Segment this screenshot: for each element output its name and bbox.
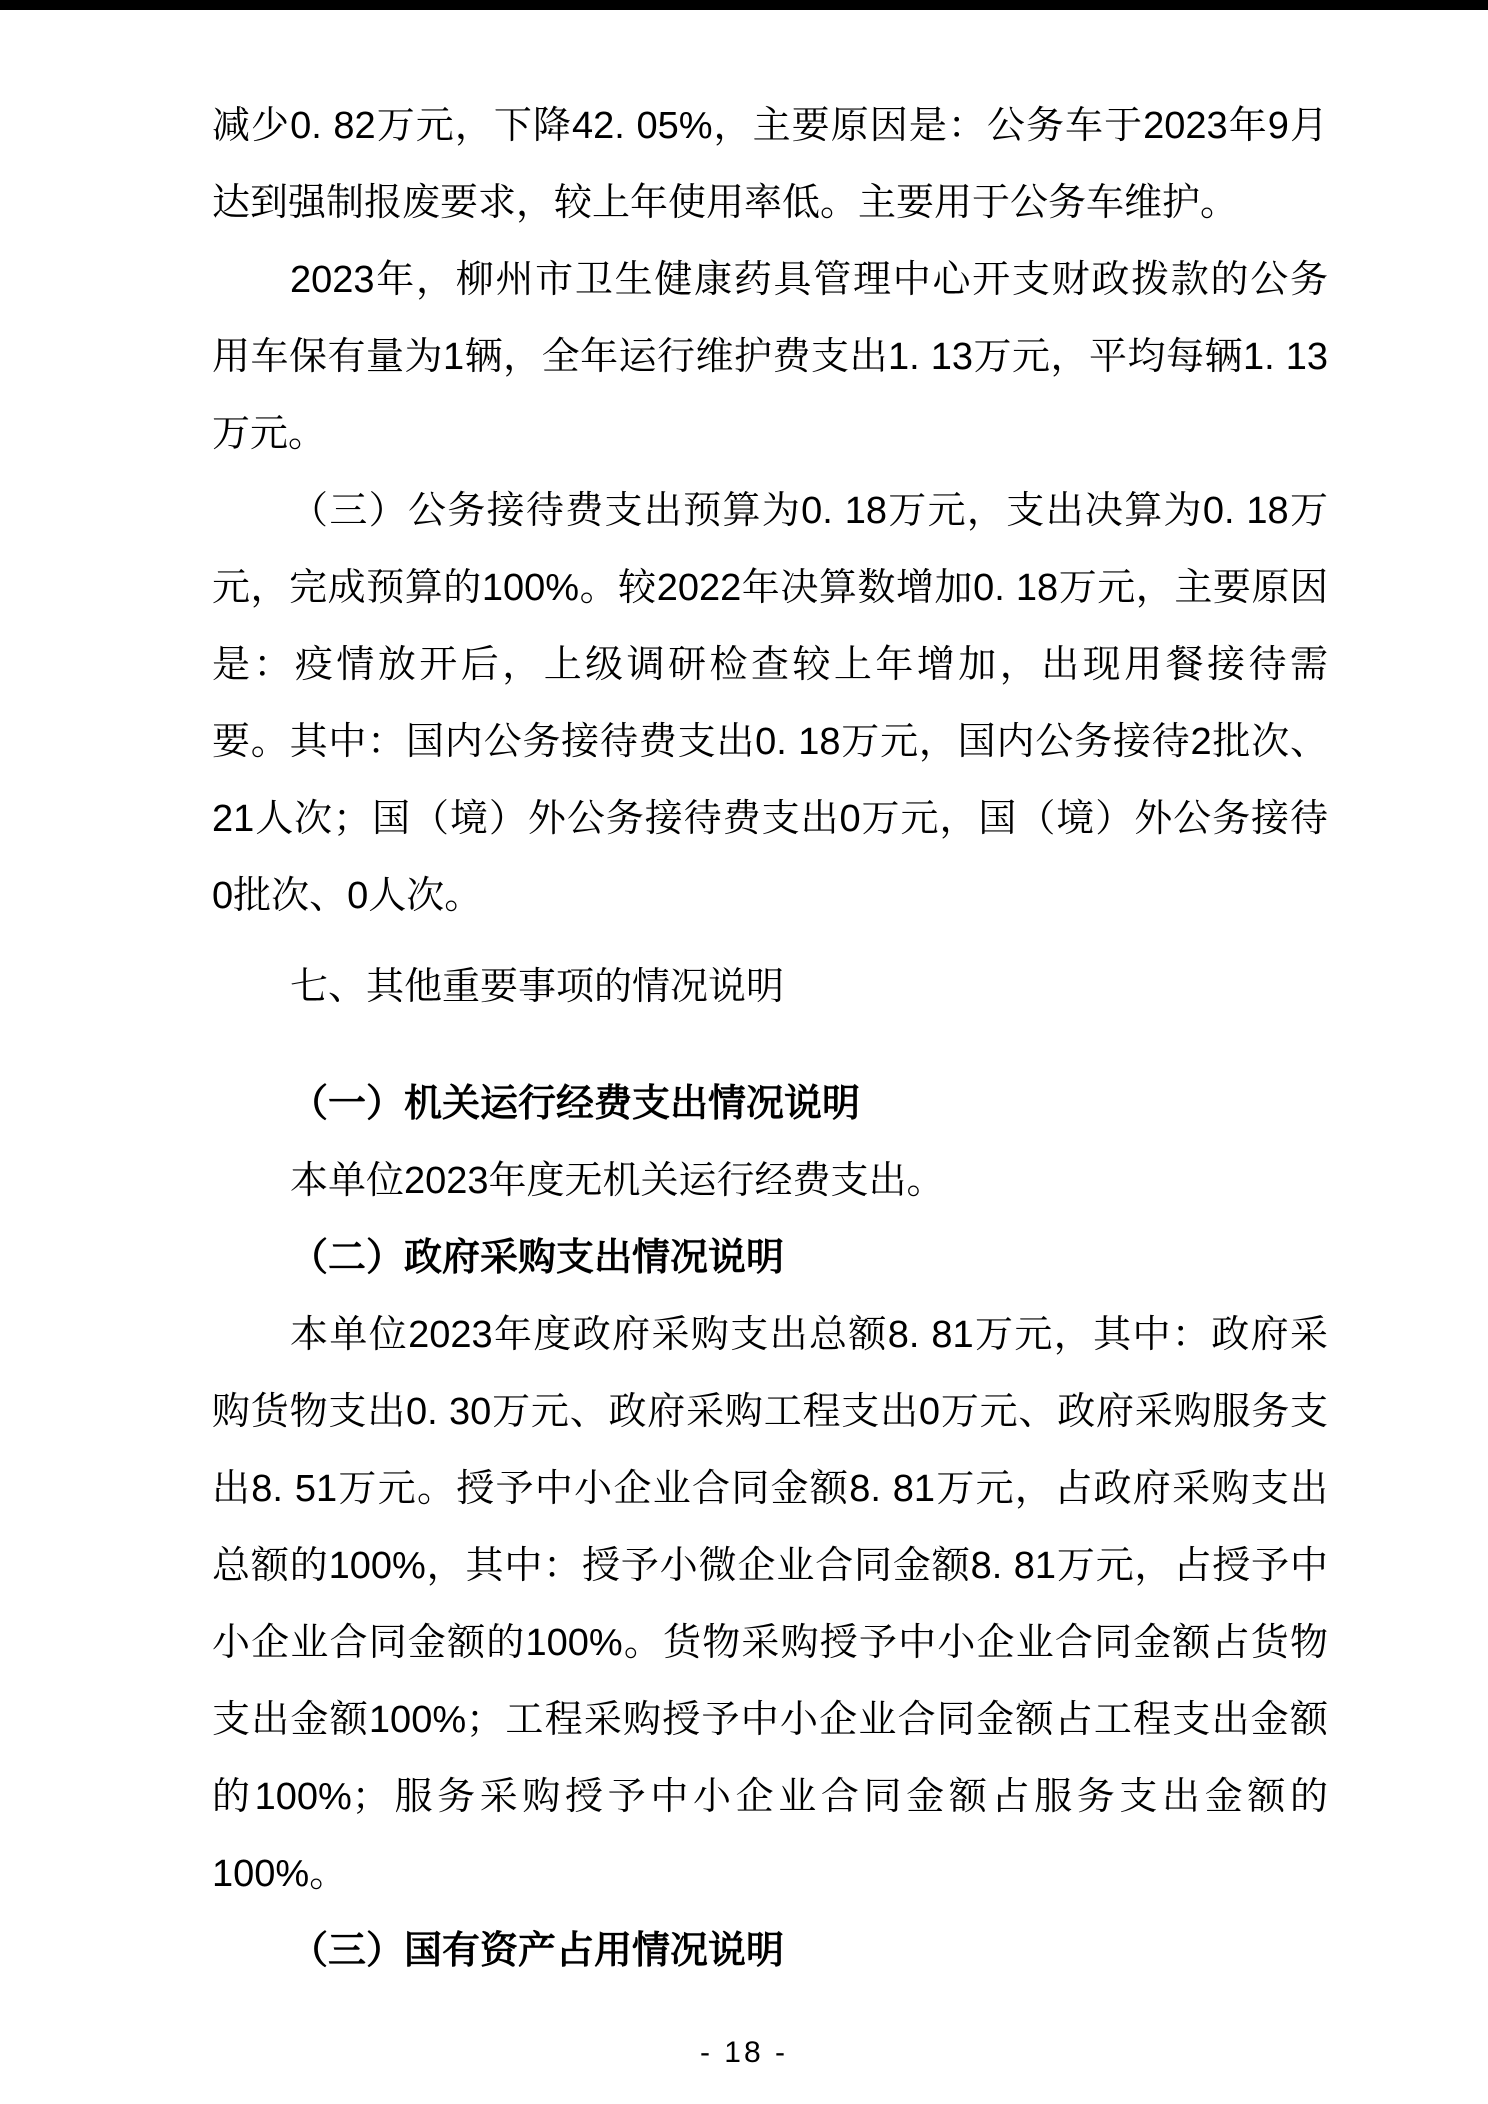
document-line: 要。其中：国内公务接待费支出0. 18万元，国内公务接待2批次、 <box>212 704 1328 781</box>
document-lines: 减少0. 82万元，下降42. 05%，主要原因是：公务车于2023年9月份达到… <box>212 88 1328 1990</box>
document-line: 21人次；国（境）外公务接待费支出0万元，国（境）外公务接待 <box>212 781 1328 858</box>
subheading-line: （一）机关运行经费支出情况说明 <box>212 1066 1328 1143</box>
document-line: 是：疫情放开后，上级调研检查较上年增加，出现用餐接待需 <box>212 627 1328 704</box>
document-line: 支出金额100%；工程采购授予中小企业合同金额占工程支出金额 <box>212 1682 1328 1759</box>
document-line: 用车保有量为1辆，全年运行维护费支出1. 13万元，平均每辆1. 13 <box>212 319 1328 396</box>
document-line: 本单位2023年度政府采购支出总额8. 81万元，其中：政府采 <box>212 1297 1328 1374</box>
document-line: 万元。 <box>212 396 1328 473</box>
page-number: - 18 - <box>0 2036 1488 2070</box>
document-line: 减少0. 82万元，下降42. 05%，主要原因是：公务车于2023年9月份 <box>212 88 1328 165</box>
document-line: 本单位2023年度无机关运行经费支出。 <box>212 1143 1328 1220</box>
subheading-line: （二）政府采购支出情况说明 <box>212 1220 1328 1297</box>
document-line: 出8. 51万元。授予中小企业合同金额8. 81万元，占政府采购支出 <box>212 1451 1328 1528</box>
document-line: （三）公务接待费支出预算为0. 18万元，支出决算为0. 18万 <box>212 473 1328 550</box>
document-line: 小企业合同金额的100%。货物采购授予中小企业合同金额占货物 <box>212 1605 1328 1682</box>
document-line: 总额的100%，其中：授予小微企业合同金额8. 81万元，占授予中 <box>212 1528 1328 1605</box>
document-line: 元，完成预算的100%。较2022年决算数增加0. 18万元，主要原因 <box>212 550 1328 627</box>
document-line: 购货物支出0. 30万元、政府采购工程支出0万元、政府采购服务支 <box>212 1374 1328 1451</box>
scan-artifact-bar <box>0 0 1488 10</box>
document-line: 0批次、0人次。 <box>212 858 1328 935</box>
document-line: 的100%；服务采购授予中小企业合同金额占服务支出金额的 <box>212 1759 1328 1836</box>
document-line: 达到强制报废要求，较上年使用率低。主要用于公务车维护。 <box>212 165 1328 242</box>
document-page: 减少0. 82万元，下降42. 05%，主要原因是：公务车于2023年9月份达到… <box>0 0 1488 2104</box>
document-line: 100%。 <box>212 1836 1328 1913</box>
section-line: 七、其他重要事项的情况说明 <box>212 949 1328 1026</box>
subheading-line: （三）国有资产占用情况说明 <box>212 1913 1328 1990</box>
document-line: 2023年，柳州市卫生健康药具管理中心开支财政拨款的公务 <box>212 242 1328 319</box>
